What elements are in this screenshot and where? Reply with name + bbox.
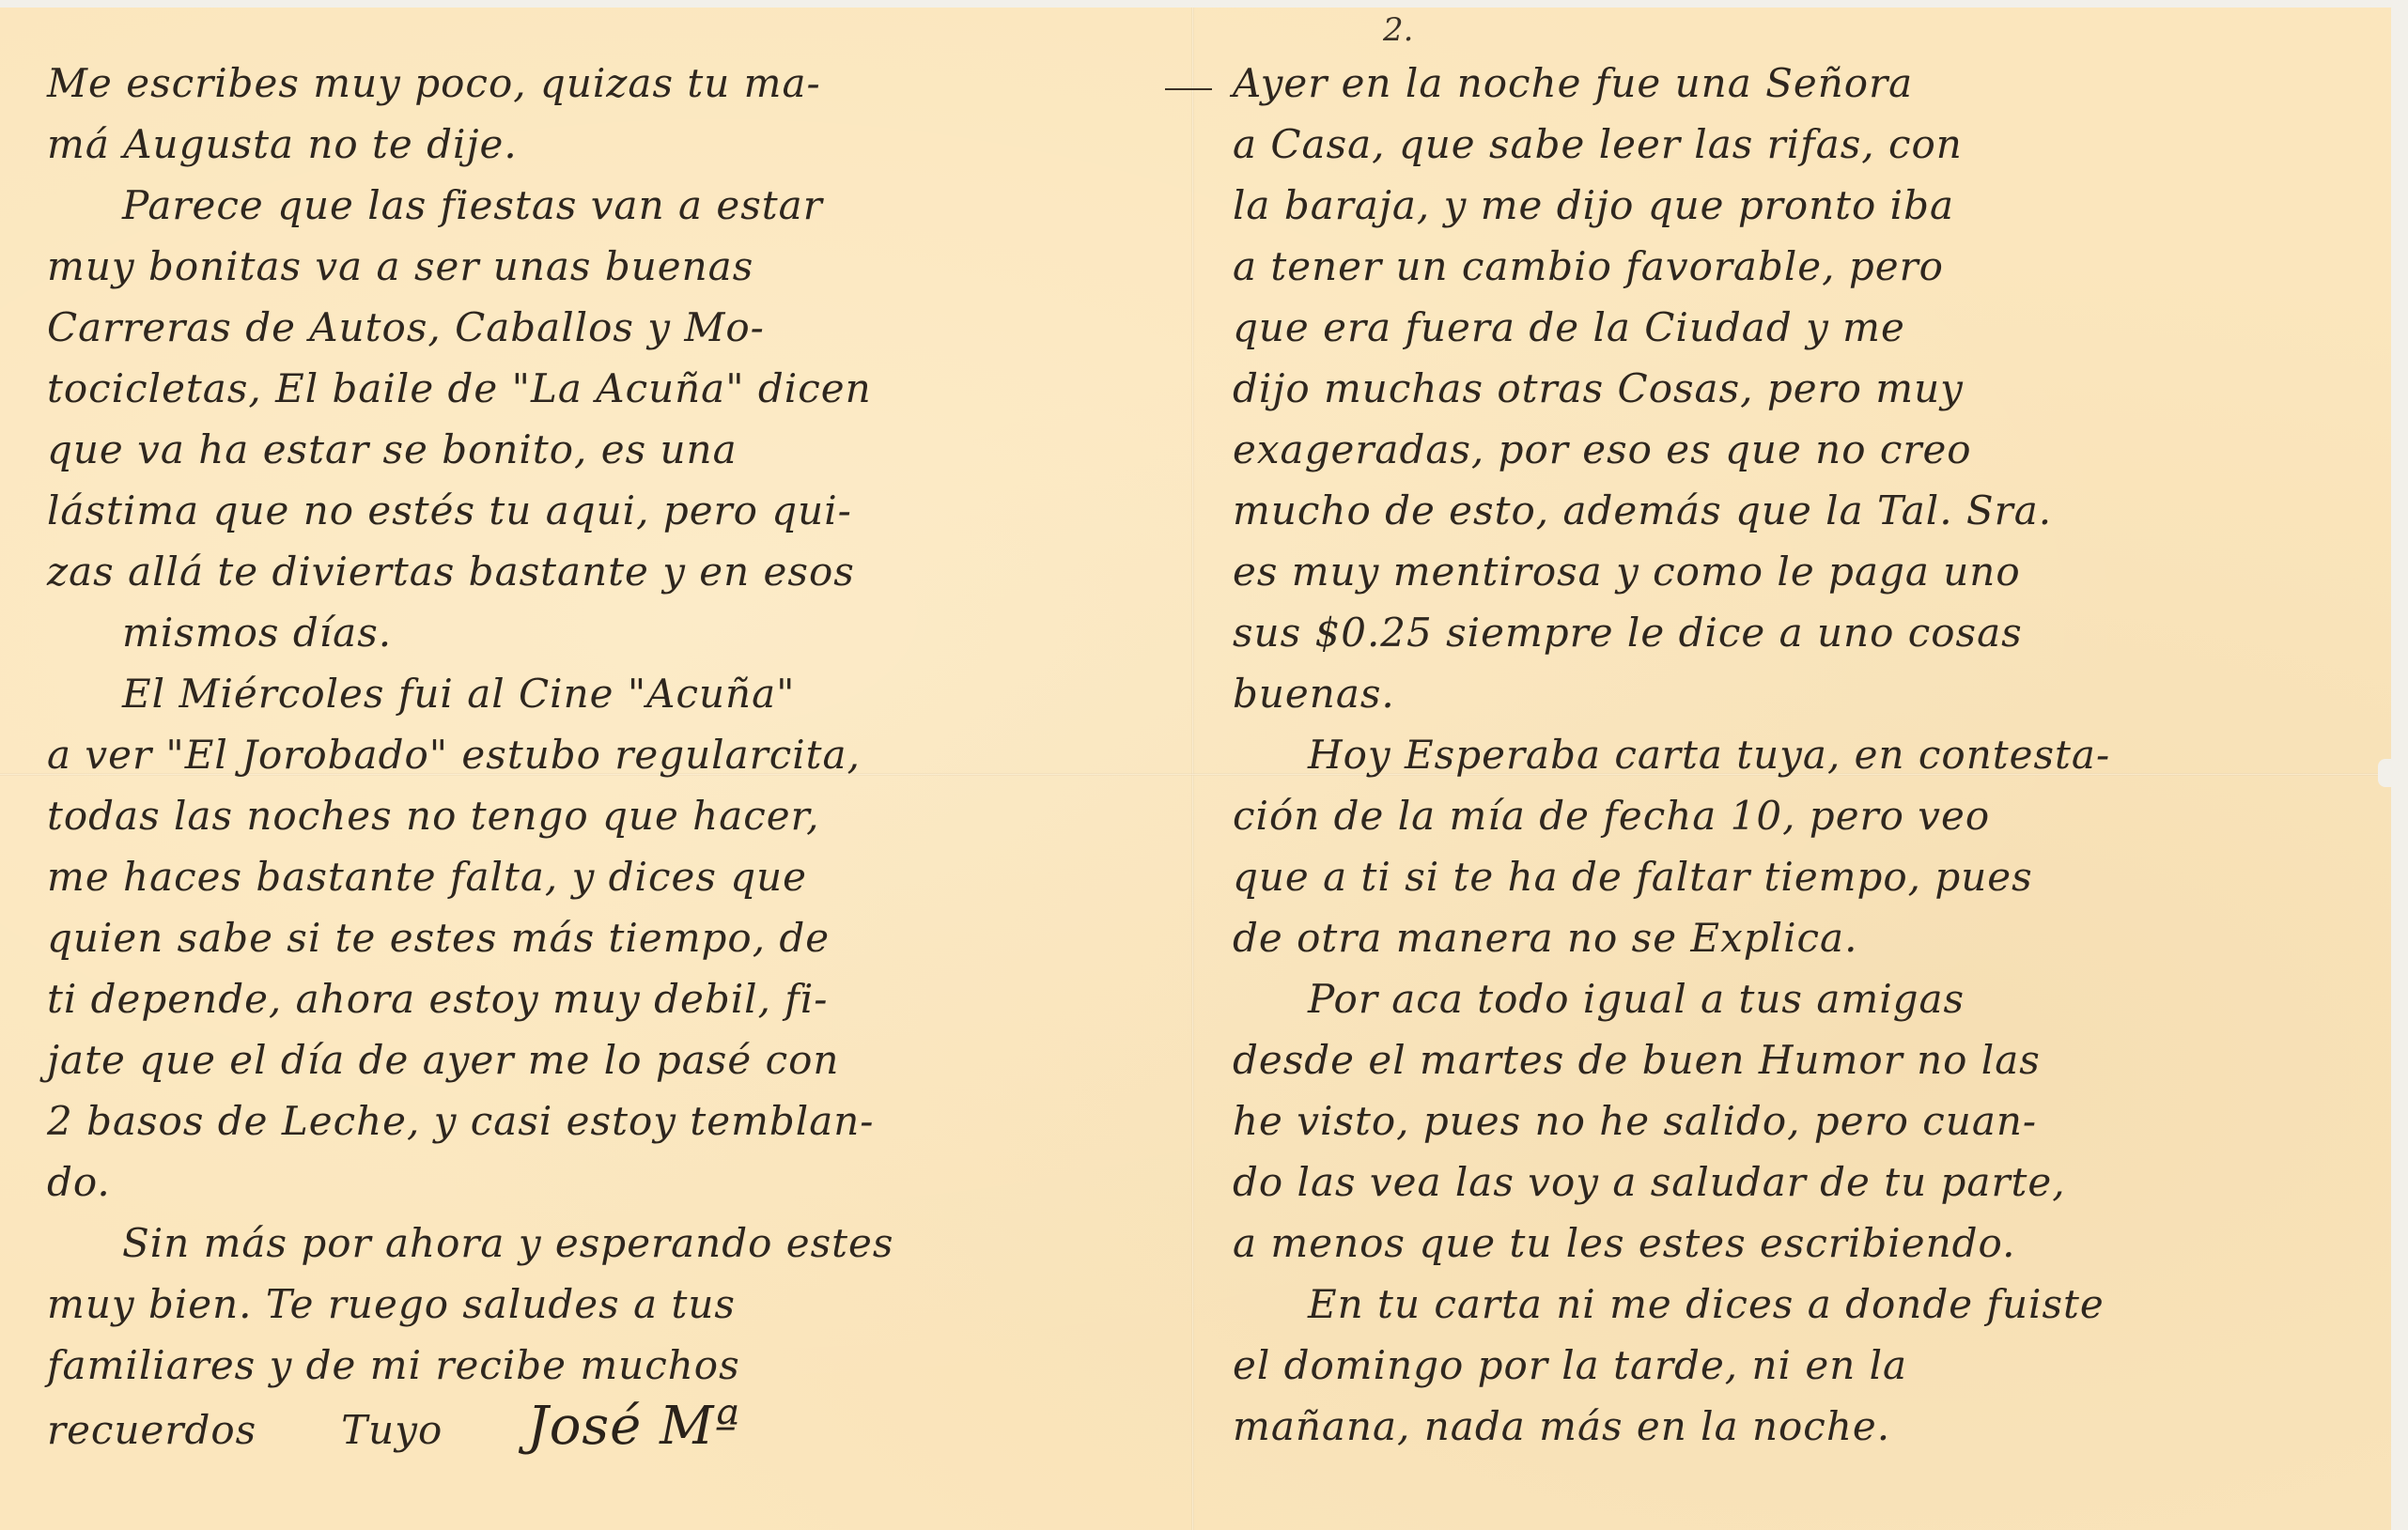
page-number: 2.	[1383, 11, 1413, 49]
letter-line: dijo muchas otras Cosas, pero muy	[1233, 358, 2363, 419]
right-page: 2. Ayer en la noche fue una Señora a Cas…	[1195, 8, 2391, 1530]
letter-line: es muy mentirosa y como le paga uno	[1233, 541, 2363, 602]
letter-line: a tener un cambio favorable, pero	[1233, 236, 2363, 297]
letter-line: que a ti si te ha de faltar tiempo, pues	[1233, 846, 2363, 907]
letter-line: má Augusta no te dije.	[47, 114, 1154, 175]
letter-sheet: Me escribes muy poco, quizas tu ma- má A…	[0, 8, 2391, 1530]
letter-line: Hoy Esperaba carta tuya, en contesta-	[1233, 724, 2363, 785]
letter-line: Por aca todo igual a tus amigas	[1233, 968, 2363, 1029]
letter-line: do.	[47, 1151, 1154, 1213]
letter-line: familiares y de mi recibe muchos	[47, 1335, 1154, 1396]
letter-line: muy bien. Te ruego saludes a tus	[47, 1274, 1154, 1335]
letter-line: mucho de esto, además que la Tal. Sra.	[1233, 480, 2363, 541]
letter-line: desde el martes de buen Humor no las	[1233, 1029, 2363, 1090]
letter-line: he visto, pues no he salido, pero cuan-	[1233, 1090, 2363, 1151]
letter-line: quien sabe si te estes más tiempo, de	[47, 907, 1154, 968]
letter-line: de otra manera no se Explica.	[1233, 907, 2363, 968]
letter-line: que era fuera de la Ciudad y me	[1233, 297, 2363, 358]
vertical-fold-line	[1191, 8, 1194, 1530]
letter-line: lástima que no estés tu aqui, pero qui-	[47, 480, 1154, 541]
letter-line: sus $0.25 siempre le dice a uno cosas	[1233, 602, 2363, 663]
letter-line: Sin más por ahora y esperando estes	[47, 1213, 1154, 1274]
letter-line: que va ha estar se bonito, es una	[47, 419, 1154, 480]
letter-line: El Miércoles fui al Cine "Acuña"	[47, 663, 1154, 724]
letter-line: buenas.	[1233, 663, 2363, 724]
signature: José Mª	[527, 1396, 740, 1457]
letter-line: a ver "El Jorobado" estubo regularcita,	[47, 724, 1154, 785]
letter-line: Carreras de Autos, Caballos y Mo-	[47, 297, 1154, 358]
letter-line: ti depende, ahora estoy muy debil, fi-	[47, 968, 1154, 1029]
letter-line: la baraja, y me dijo que pronto iba	[1233, 175, 2363, 236]
letter-line: exageradas, por eso es que no creo	[1233, 419, 2363, 480]
letter-line: muy bonitas va a ser unas buenas	[47, 236, 1154, 297]
letter-line: Me escribes muy poco, quizas tu ma-	[47, 53, 1154, 114]
letter-line: ción de la mía de fecha 10, pero veo	[1233, 785, 2363, 846]
letter-line: recuerdos	[47, 1399, 256, 1460]
left-page: Me escribes muy poco, quizas tu ma- má A…	[0, 8, 1191, 1530]
letter-line: tocicletas, El baile de "La Acuña" dicen	[47, 358, 1154, 419]
letter-line: do las vea las voy a saludar de tu parte…	[1233, 1151, 2363, 1213]
letter-line: 2 basos de Leche, y casi estoy temblan-	[47, 1090, 1154, 1151]
letter-line: Ayer en la noche fue una Señora	[1233, 53, 2363, 114]
closing-word: Tuyo	[341, 1399, 443, 1460]
letter-line: a Casa, que sabe leer las rifas, con	[1233, 114, 2363, 175]
letter-line: todas las noches no tengo que hacer,	[47, 785, 1154, 846]
letter-line: me haces bastante falta, y dices que	[47, 846, 1154, 907]
letter-line: Parece que las fiestas van a estar	[47, 175, 1154, 236]
letter-line: jate que el día de ayer me lo pasé con	[47, 1029, 1154, 1090]
closing-row: recuerdos Tuyo José Mª	[47, 1396, 1154, 1460]
letter-line: a menos que tu les estes escribiendo.	[1233, 1213, 2363, 1274]
letter-line: el domingo por la tarde, ni en la	[1233, 1335, 2363, 1396]
letter-line: zas allá te diviertas bastante y en esos	[47, 541, 1154, 602]
letter-line: mismos días.	[47, 602, 1154, 663]
letter-line: En tu carta ni me dices a donde fuiste	[1233, 1274, 2363, 1335]
letter-line: mañana, nada más en la noche.	[1233, 1396, 2363, 1457]
